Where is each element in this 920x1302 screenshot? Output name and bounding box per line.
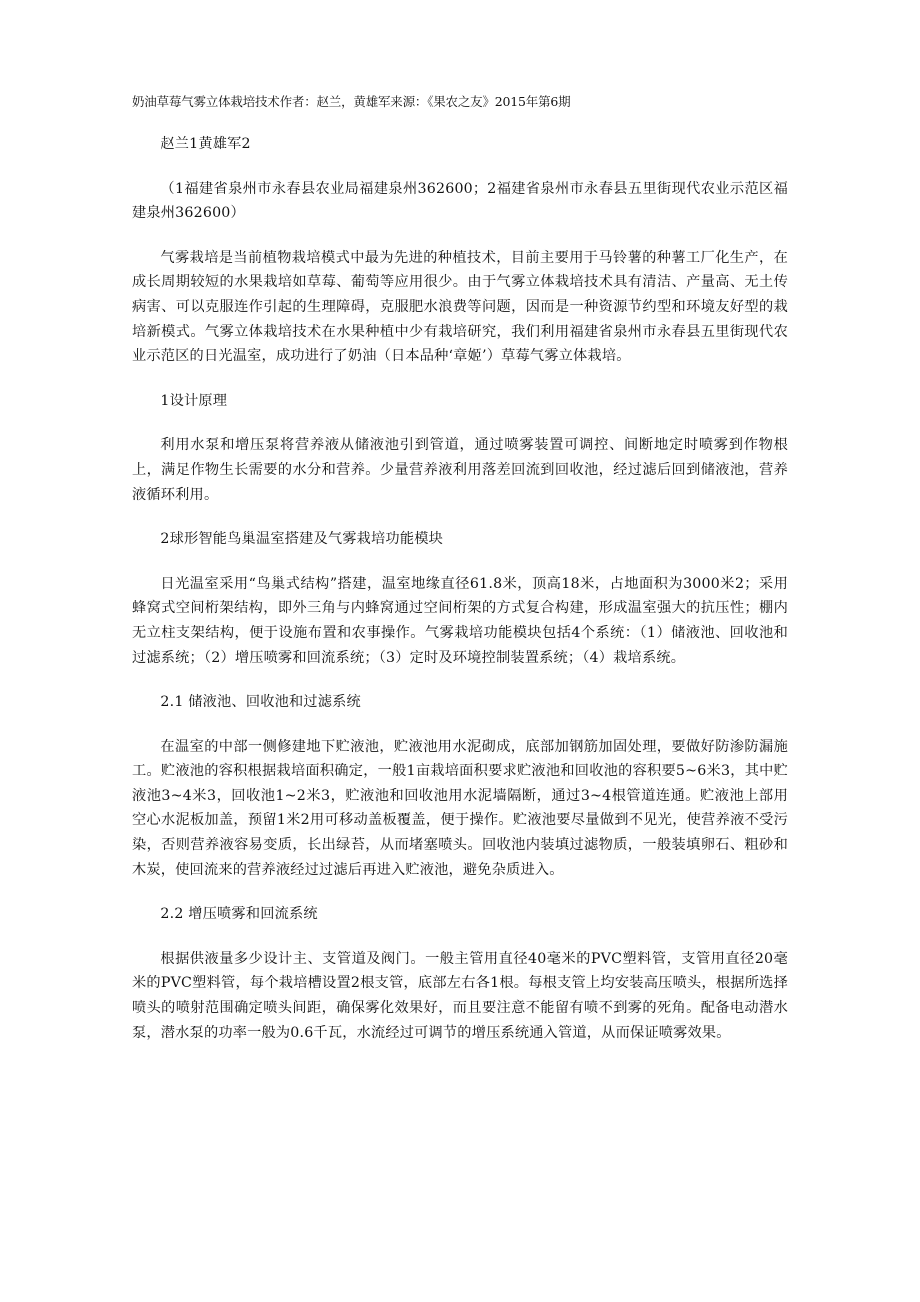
section-2-paragraph: 日光温室采用“鸟巢式结构”搭建，温室地缘直径61.8米，顶高18米，占地面积为3… [132, 572, 788, 670]
section-2-2-paragraph: 根据供液量多少设计主、支管道及阀门。一般主管用直径40毫米的PVC塑料管，支管用… [132, 947, 788, 1045]
section-2-2-heading: 2.2 增压喷雾和回流系统 [132, 902, 788, 927]
document-page: 奶油草莓气雾立体栽培技术作者：赵兰，黄雄军来源：《果农之友》2015年第6期 赵… [132, 92, 788, 1045]
section-2-1-paragraph: 在温室的中部一侧修建地下贮液池，贮液池用水泥砌成，底部加钢筋加固处理，要做好防渗… [132, 735, 788, 883]
intro-paragraph: 气雾栽培是当前植物栽培模式中最为先进的种植技术，目前主要用于马铃薯的种薯工厂化生… [132, 246, 788, 369]
author-names: 赵兰1黄雄军2 [132, 132, 788, 157]
author-affiliation: （1福建省泉州市永春县农业局福建泉州362600；2福建省泉州市永春县五里街现代… [132, 177, 788, 226]
section-2-heading: 2球形智能鸟巢温室搭建及气雾栽培功能模块 [132, 527, 788, 552]
document-header-line: 奶油草莓气雾立体栽培技术作者：赵兰，黄雄军来源：《果农之友》2015年第6期 [132, 92, 788, 112]
section-1-heading: 1设计原理 [132, 389, 788, 414]
section-1-paragraph: 利用水泵和增压泵将营养液从储液池引到管道，通过喷雾装置可调控、间断地定时喷雾到作… [132, 433, 788, 507]
section-2-1-heading: 2.1 储液池、回收池和过滤系统 [132, 690, 788, 715]
